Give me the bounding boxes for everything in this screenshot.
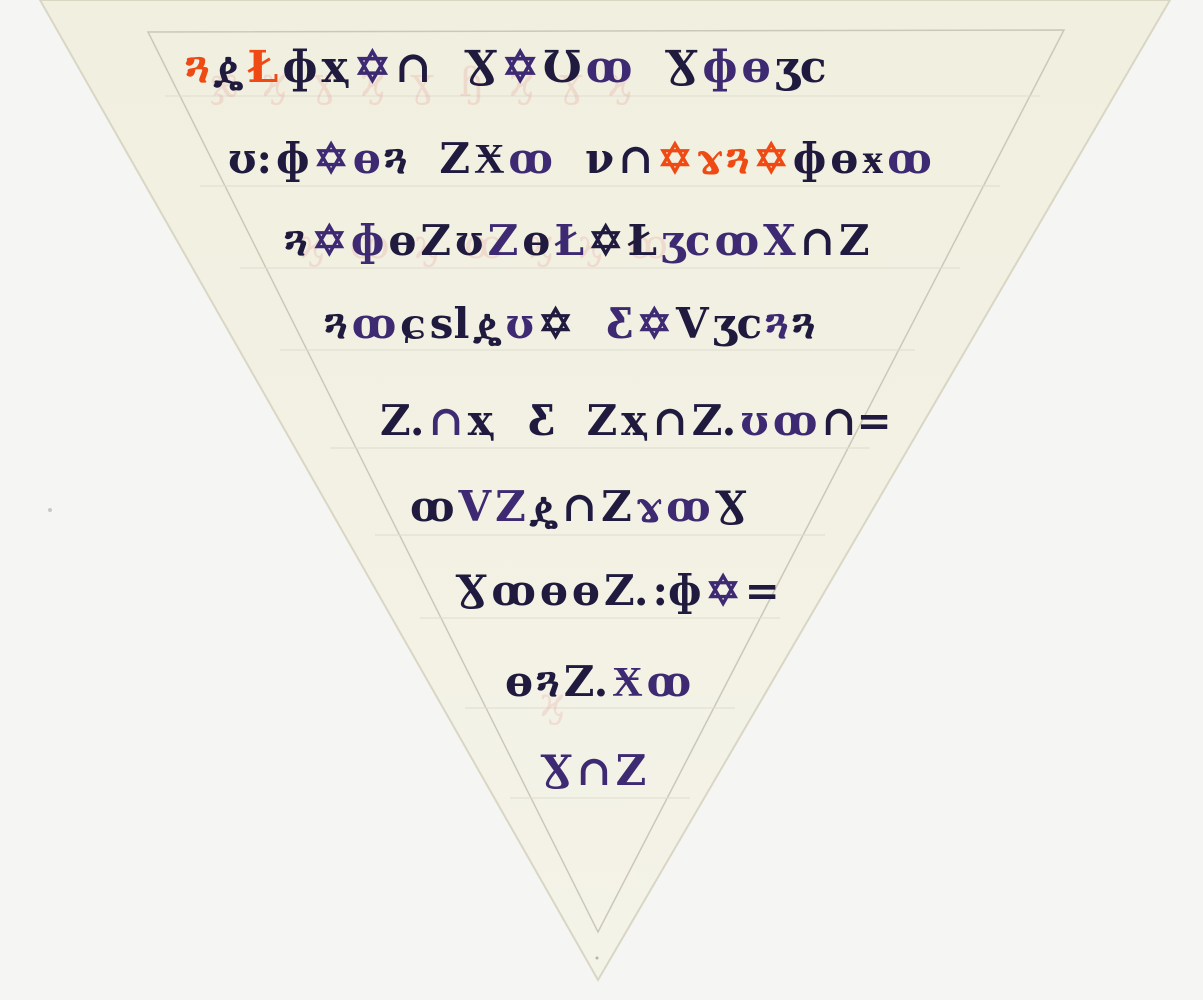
cipher-glyph: ө (540, 570, 568, 612)
cipher-glyph: ʒc (661, 220, 710, 262)
cipher-glyph: ҳ (468, 400, 495, 442)
cipher-glyph: Z (488, 220, 519, 262)
cipher-glyph: sl (430, 303, 470, 345)
cipher-glyph: ʊ: (228, 138, 272, 180)
cipher-glyph: ∩= (821, 400, 891, 442)
cipher-glyph: ጓ (325, 303, 348, 345)
cipher-glyph: ɸ (351, 220, 384, 262)
cipher-glyph: ጓ (285, 220, 308, 262)
cipher-glyph: ጓ (385, 138, 408, 180)
cipher-glyph: ✡ (312, 220, 347, 262)
cipher-glyph: ɤ (636, 486, 662, 528)
cipher-glyph: ∩ (576, 750, 611, 792)
cipher-glyph: ө (353, 138, 381, 180)
cipher-glyph: ꝏ (887, 138, 932, 180)
cipher-glyph: Ł (554, 220, 584, 262)
cipher-glyph: ጓ (793, 303, 816, 345)
cipher-glyph: ꝏ (647, 661, 692, 703)
cipher-line-2: ʊ:ɸ✡өጓZӾꝏν∩✡ɤጓ✡ɸөӿꝏ (228, 138, 936, 180)
cipher-glyph: Z (495, 486, 526, 528)
cipher-glyph: Z. (692, 400, 737, 442)
cipher-glyph: ✡ (588, 220, 623, 262)
rubricated-glyph: ɤ (697, 138, 723, 180)
cipher-glyph: ጓ (766, 303, 789, 345)
cipher-line-8: өጓZ.Ӿꝏ (505, 661, 695, 703)
rubricated-glyph: ጓ (186, 46, 210, 90)
cipher-line-7: ƔꝏөөZ.:ɸ✡= (455, 570, 784, 612)
cipher-glyph: V (459, 486, 492, 528)
cipher-glyph: ∩ (429, 400, 464, 442)
cipher-glyph: ꝏ (352, 303, 397, 345)
cipher-glyph: ɸ (282, 46, 317, 90)
cipher-glyph: ɸ (793, 138, 826, 180)
cipher-glyph: Ӿ (612, 661, 642, 703)
cipher-glyph: Z (601, 486, 632, 528)
cipher-glyph: ꝏ (491, 570, 536, 612)
cipher-glyph: ɸ (276, 138, 309, 180)
cipher-glyph: ∩ (800, 220, 835, 262)
cipher-glyph: X (763, 220, 796, 262)
cipher-glyph: ꝏ (666, 486, 711, 528)
cipher-glyph: Z (616, 750, 647, 792)
cipher-glyph: Ɣ (715, 486, 747, 528)
cipher-line-6: ꝏVZዼ∩ZɤꝏƔ (410, 486, 751, 528)
cipher-line-5: Z.∩ҳƸZҳ∩Z.ʊꝏ∩= (380, 400, 896, 442)
rubricated-glyph: ✡ (754, 138, 789, 180)
cipher-glyph: ✡ (637, 303, 672, 345)
cipher-glyph: ዼ (473, 303, 501, 345)
cipher-glyph: ʊ (505, 303, 534, 345)
cipher-glyph: Z (587, 400, 618, 442)
cipher-glyph: ✡ (314, 138, 349, 180)
cipher-glyph: Ɣ (540, 750, 572, 792)
cipher-glyph: ө (572, 570, 600, 612)
cipher-glyph: ʒc (713, 303, 762, 345)
cipher-glyph: ✡ (502, 46, 539, 90)
cipher-glyph: ꝏ (773, 400, 818, 442)
cipher-glyph: = (745, 570, 780, 612)
cipher-glyph: ꝏ (586, 46, 633, 90)
cipher-glyph: ዼ (530, 486, 558, 528)
cipher-glyph: ө (741, 46, 770, 90)
cipher-glyph: Z. (564, 661, 609, 703)
cipher-glyph: Z (420, 220, 451, 262)
cipher-glyph: ө (522, 220, 550, 262)
cipher-glyph: Ɣ (455, 570, 487, 612)
cipher-glyph: ✡ (705, 570, 740, 612)
cipher-glyph: ጓ (537, 661, 560, 703)
cipher-glyph: Z (839, 220, 870, 262)
cipher-glyph: ∩ (395, 46, 432, 90)
cipher-glyph: ዼ (214, 46, 243, 90)
cipher-glyph: Ƹ (527, 400, 555, 442)
cipher-glyph: Z. (380, 400, 425, 442)
cipher-glyph: ʒc (775, 46, 827, 90)
cipher-glyph: Ӿ (474, 138, 504, 180)
cipher-glyph: ∩ (653, 400, 688, 442)
cipher-glyph: ӿ (862, 138, 883, 180)
rubricated-glyph: Ł (247, 46, 278, 90)
cipher-glyph: Ƹ (605, 303, 633, 345)
cipher-glyph: ∩ (618, 138, 653, 180)
cipher-glyph: Ł (627, 220, 657, 262)
cipher-glyph: V (676, 303, 709, 345)
rubricated-glyph: ጓ (727, 138, 750, 180)
cipher-glyph: Ɣ (664, 46, 698, 90)
cipher-glyph: Z (439, 138, 470, 180)
cipher-glyph: ꝏ (715, 220, 760, 262)
cipher-glyph: ꝏ (508, 138, 553, 180)
cipher-glyph: ҳ (321, 46, 350, 90)
cipher-glyph: ʊ (740, 400, 769, 442)
cipher-line-1: ጓዼŁɸҳ✡∩Ɣ✡ƱꝏƔɸөʒc (186, 46, 831, 90)
cipher-line-3: ጓ✡ɸөZʊZөŁ✡ŁʒcꝏX∩Z (285, 220, 874, 262)
cipher-glyph: ꝏ (410, 486, 455, 528)
cipher-glyph: ɸ (702, 46, 737, 90)
cipher-glyph: Z. (604, 570, 649, 612)
cipher-glyph: Ʊ (543, 46, 582, 90)
cipher-glyph: ✡ (538, 303, 573, 345)
cipher-line-9: Ɣ∩Z (540, 750, 650, 792)
cipher-glyph: ө (505, 661, 533, 703)
cipher-glyph: Ɣ (464, 46, 498, 90)
cipher-glyph: ν (585, 138, 614, 180)
cipher-glyph: ʊ (455, 220, 484, 262)
cipher-glyph: ө (388, 220, 416, 262)
rubricated-glyph: ✡ (657, 138, 692, 180)
cipher-glyph: ҳ (621, 400, 648, 442)
cipher-glyph: ө (830, 138, 858, 180)
cipher-glyph: ∩ (562, 486, 597, 528)
cipher-glyph: ɕ (400, 303, 426, 345)
cipher-glyph: ✡ (354, 46, 391, 90)
cipher-line-4: ጓꝏɕslዼʊ✡Ƹ✡Vʒcጓጓ (325, 303, 819, 345)
cipher-glyph: :ɸ (652, 570, 701, 612)
